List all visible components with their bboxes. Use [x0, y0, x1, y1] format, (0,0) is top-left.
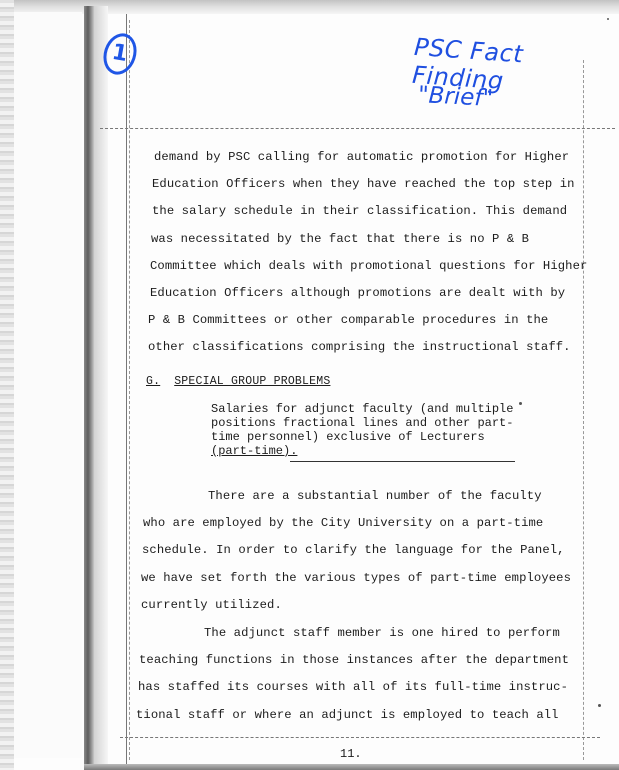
text-line: teaching functions in those instances af…	[139, 653, 569, 667]
scan-speck	[519, 402, 522, 405]
text-line: schedule. In order to clarify the langua…	[142, 543, 565, 557]
text-line: we have set forth the various types of p…	[141, 571, 571, 585]
text-line: P & B Committees or other comparable pro…	[148, 313, 548, 327]
text-line: currently utilized.	[141, 598, 282, 612]
text-line: other classifications comprising the ins…	[148, 340, 571, 354]
subheading-line: Salaries for adjunct faculty (and multip…	[211, 402, 513, 416]
text-line: There are a substantial number of the fa…	[208, 489, 542, 503]
header-divider-line	[100, 128, 615, 129]
scan-bottom-edge	[84, 764, 619, 770]
text-line: has staffed its courses with all of its …	[138, 680, 568, 694]
handwritten-subtitle: "Brief"	[417, 82, 493, 112]
scan-speck	[598, 704, 601, 707]
facing-page-margin	[14, 12, 82, 758]
text-line: Education Officers although promotions a…	[150, 286, 565, 300]
binding-shadow-fade	[94, 6, 108, 770]
right-border-line	[583, 60, 584, 760]
text-line: demand by PSC calling for automatic prom…	[154, 150, 569, 164]
subheading-underline	[290, 461, 515, 462]
footer-divider-line	[120, 737, 600, 738]
scanned-document-page: 1 PSC Fact Finding "Brief" demand by PSC…	[0, 0, 619, 770]
left-border-line-inner	[129, 20, 130, 760]
subheading-line: time personnel) exclusive of Lecturers	[211, 430, 513, 444]
text-line: tional staff or where an adjunct is empl…	[136, 708, 559, 722]
subheading-line: (part-time).	[211, 444, 513, 458]
scan-speck	[607, 18, 609, 20]
text-line: Committee which deals with promotional q…	[150, 259, 587, 273]
text-line: the salary schedule in their classificat…	[152, 204, 567, 218]
text-line: Education Officers when they have reache…	[152, 177, 575, 191]
text-line: The adjunct staff member is one hired to…	[204, 626, 560, 640]
text-line: who are employed by the City University …	[143, 516, 543, 530]
binding-shadow	[84, 6, 94, 770]
page-number: 11.	[340, 747, 362, 761]
circled-number: 1	[111, 42, 130, 66]
section-subheading: Salaries for adjunct faculty (and multip…	[211, 402, 513, 458]
scan-left-strip	[0, 0, 14, 770]
section-title: SPECIAL GROUP PROBLEMS	[174, 375, 330, 388]
text-line: was necessitated by the fact that there …	[151, 232, 529, 246]
section-letter: G.	[146, 375, 160, 388]
section-heading: G.SPECIAL GROUP PROBLEMS	[146, 375, 330, 388]
subheading-line: positions fractional lines and other par…	[211, 416, 513, 430]
